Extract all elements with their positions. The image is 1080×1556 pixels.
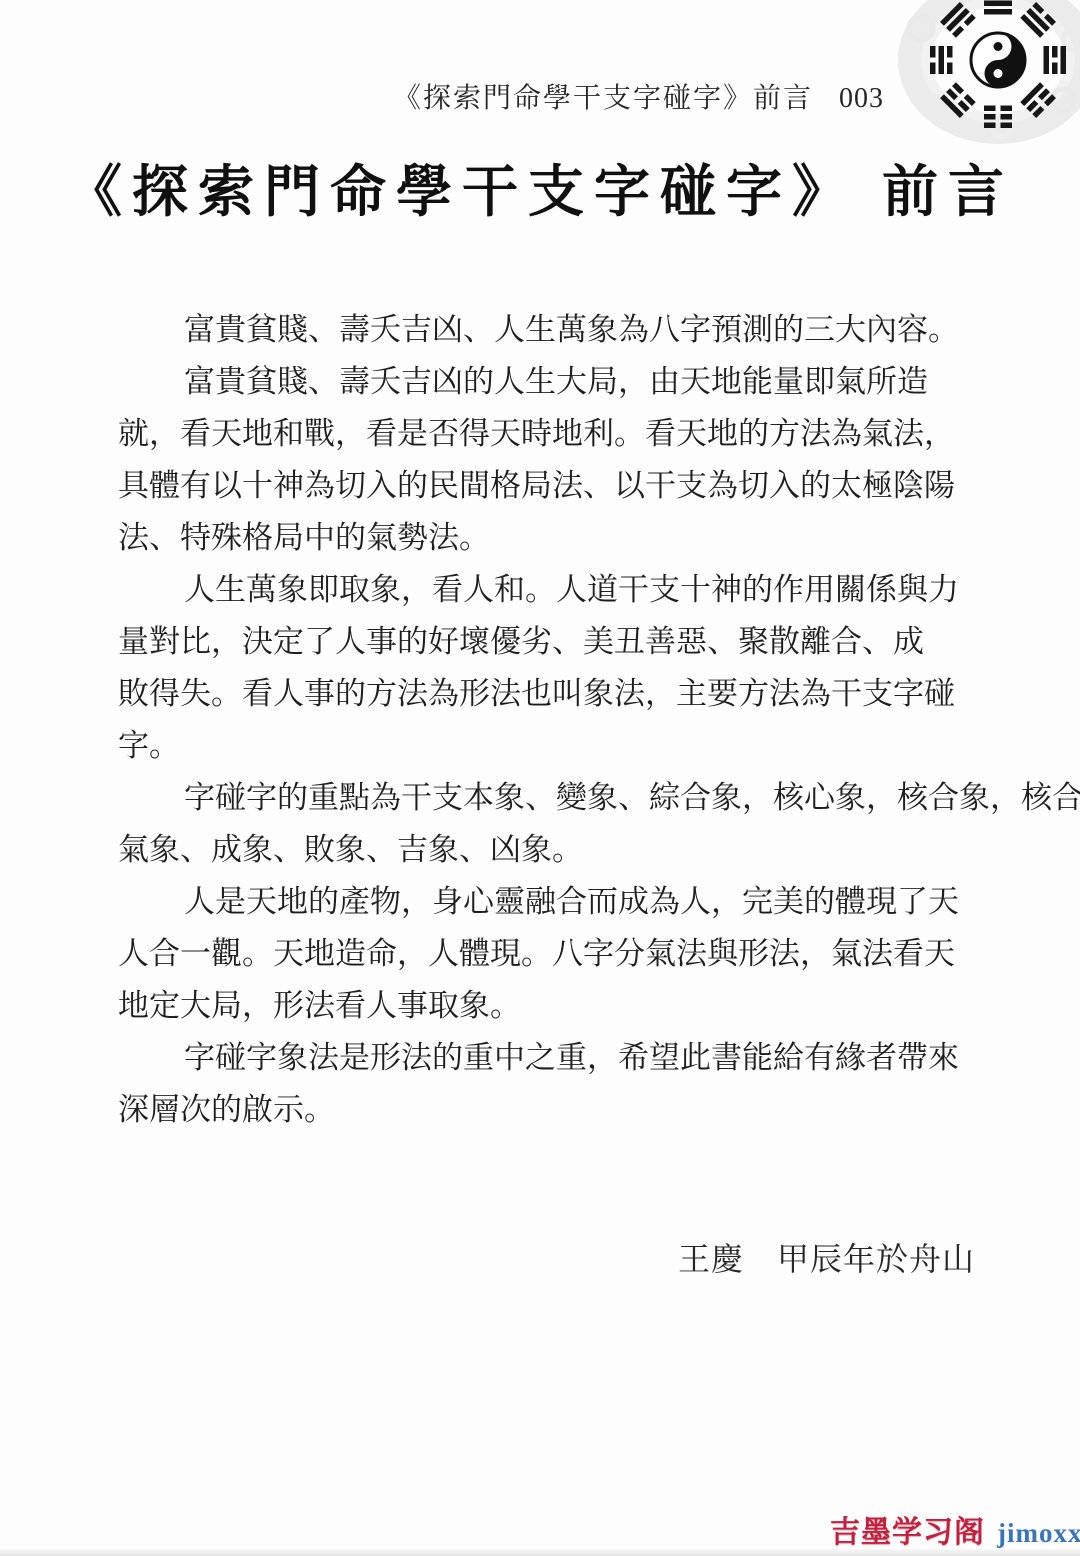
body-text-line: 法、特殊格局中的氣勢法。 bbox=[118, 512, 1080, 564]
bagua-taiji-icon bbox=[893, 0, 1080, 146]
body-text-line: 地定大局，形法看人事取象。 bbox=[118, 980, 1080, 1032]
body-text-line: 字。 bbox=[118, 720, 1080, 772]
page-title: 《探索門命學干支字碰字》 前言 bbox=[0, 148, 1080, 228]
body-text-line: 人生萬象即取象，看人和。人道干支十神的作用關係與力 bbox=[118, 564, 1080, 616]
body-text-line: 人合一觀。天地造命，人體現。八字分氣法與形法，氣法看天 bbox=[118, 928, 1080, 980]
body-text-line: 富貴貧賤、壽夭吉凶、人生萬象為八字預測的三大內容。 bbox=[118, 304, 1080, 356]
body-text-line: 氣象、成象、敗象、吉象、凶象。 bbox=[118, 824, 1080, 876]
body-text-line: 深層次的啟示。 bbox=[118, 1084, 1080, 1136]
body-text-line: 人是天地的產物，身心靈融合而成為人，完美的體現了天 bbox=[118, 876, 1080, 928]
body-text-line: 量對比，決定了人事的好壞優劣、美丑善惡、聚散離合、成 bbox=[118, 616, 1080, 668]
running-header-title: 《探索門命學干支字碰字》前言 bbox=[393, 83, 813, 114]
body-text-line: 字碰字的重點為干支本象、變象、綜合象，核心象，核合象，核合象 bbox=[118, 772, 1080, 824]
page-number: 003 bbox=[839, 83, 884, 114]
body-text-line: 富貴貧賤、壽夭吉凶的人生大局，由天地能量即氣所造 bbox=[118, 356, 1080, 408]
book-page: 《探索門命學干支字碰字》前言003 《探索門命學干支字碰字》 前言 富貴貧賤、壽… bbox=[0, 0, 1080, 1556]
running-header: 《探索門命學干支字碰字》前言003 bbox=[393, 76, 884, 116]
watermark-site-name: 吉墨学习阁 bbox=[830, 1516, 985, 1550]
preface-body: 富貴貧賤、壽夭吉凶、人生萬象為八字預測的三大內容。 富貴貧賤、壽夭吉凶的人生大局… bbox=[118, 304, 1080, 1136]
body-text-line: 敗得失。看人事的方法為形法也叫象法，主要方法為干支字碰 bbox=[118, 668, 1080, 720]
body-text-line: 就，看天地和戰，看是否得天時地利。看天地的方法為氣法， bbox=[118, 408, 1080, 460]
site-watermark: 吉墨学习阁 jimoxxg.com bbox=[830, 1516, 1080, 1550]
body-text-line: 字碰字象法是形法的重中之重，希望此書能給有緣者帶來 bbox=[118, 1032, 1080, 1084]
author-signature: 王慶 甲辰年於舟山 bbox=[678, 1234, 975, 1280]
page-bottom-edge bbox=[0, 1549, 1080, 1556]
body-text-line: 具體有以十神為切入的民間格局法、以干支為切入的太極陰陽 bbox=[118, 460, 1080, 512]
watermark-site-url: jimoxxg.com bbox=[997, 1518, 1080, 1549]
